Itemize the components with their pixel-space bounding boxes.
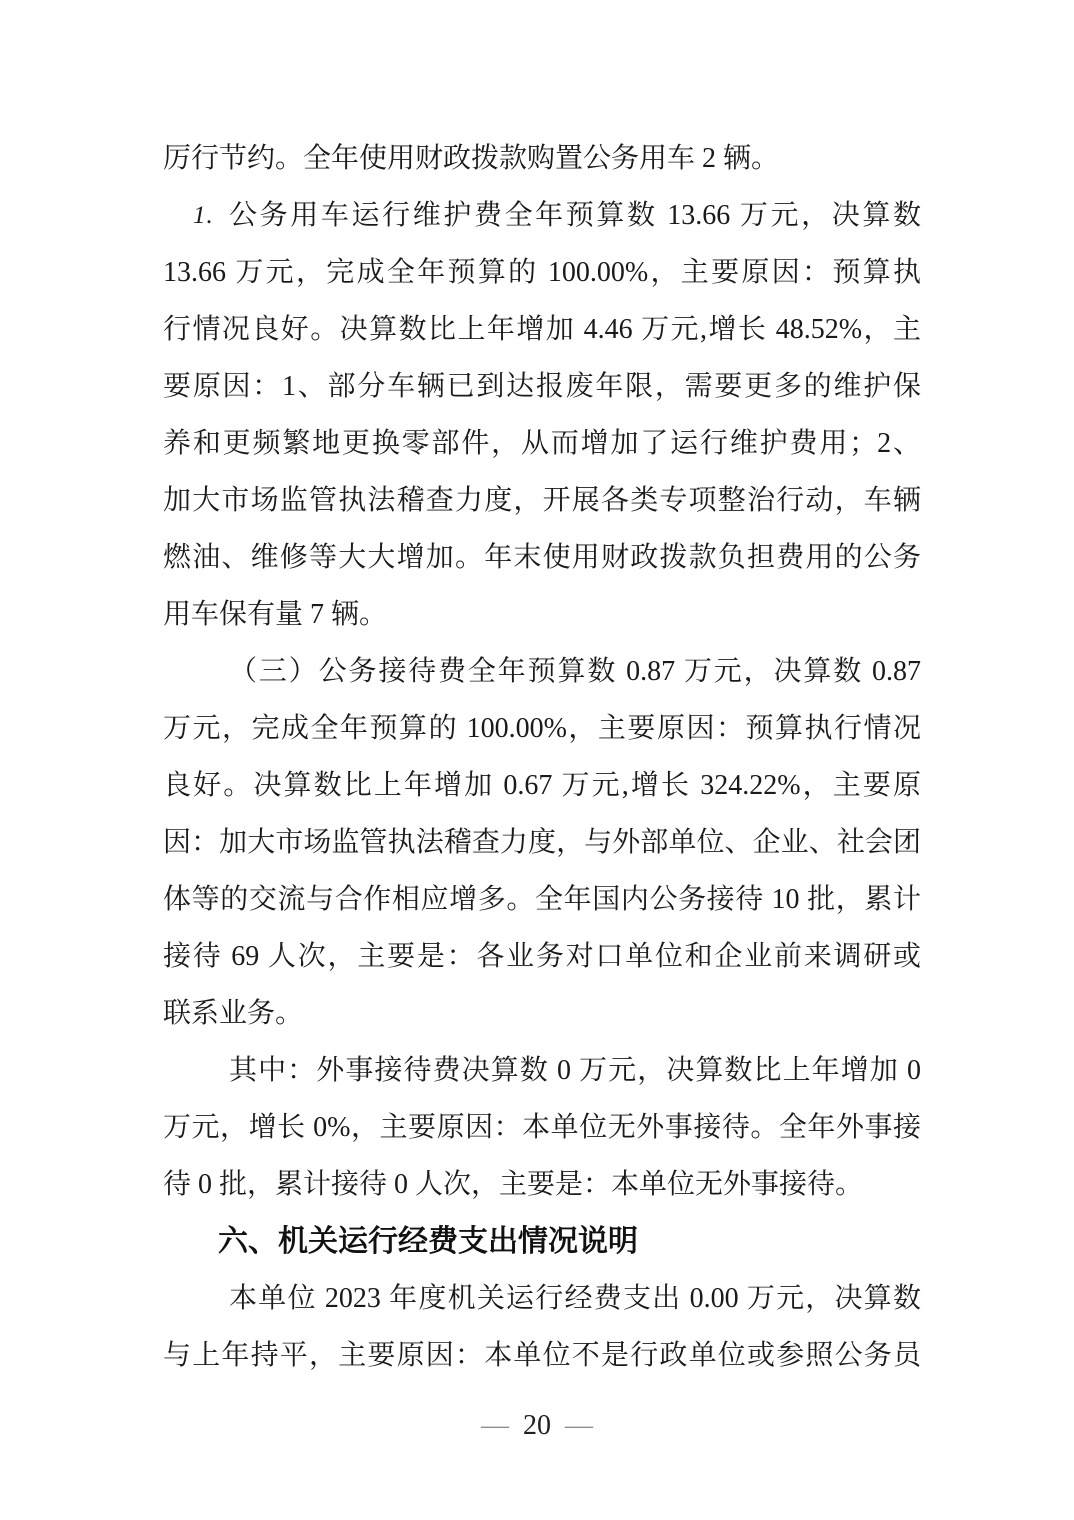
- footer-dash-left: —: [481, 1410, 509, 1441]
- text-line: 因：加大市场监管执法稽查力度，与外部单位、企业、社会团: [163, 814, 921, 871]
- text-line: （三）公务接待费全年预算数 0.87 万元，决算数 0.87: [163, 643, 921, 700]
- line-text: 公务用车运行维护费全年预算数 13.66 万元，决算数: [229, 200, 921, 231]
- text-line: 其中：外事接待费决算数 0 万元，决算数比上年增加 0: [163, 1042, 921, 1099]
- text-line: 与上年持平，主要原因：本单位不是行政单位或参照公务员: [163, 1327, 921, 1384]
- text-line: 养和更频繁地更换零部件，从而增加了运行维护费用；2、: [163, 415, 921, 472]
- list-item-number: 1.: [127, 187, 214, 244]
- page-number: 20: [523, 1410, 551, 1441]
- text-line: 要原因：1、部分车辆已到达报废年限，需要更多的维护保: [163, 358, 921, 415]
- text-line: 13.66 万元，完成全年预算的 100.00%，主要原因：预算执: [163, 244, 921, 301]
- text-line: 加大市场监管执法稽查力度，开展各类专项整治行动，车辆: [163, 472, 921, 529]
- text-line: 本单位 2023 年度机关运行经费支出 0.00 万元，决算数: [163, 1270, 921, 1327]
- text-line: 行情况良好。决算数比上年增加 4.46 万元,增长 48.52%，主: [163, 301, 921, 358]
- text-line: 联系业务。: [163, 985, 921, 1042]
- footer-dash-right: —: [565, 1410, 593, 1441]
- page-footer: —20—: [0, 1399, 1074, 1453]
- text-line: 待 0 批，累计接待 0 人次，主要是：本单位无外事接待。: [163, 1156, 921, 1213]
- text-line: 接待 69 人次，主要是：各业务对口单位和企业前来调研或: [163, 928, 921, 985]
- document-page: 厉行节约。全年使用财政拨款购置公务用车 2 辆。 1. 公务用车运行维护费全年预…: [0, 0, 1074, 1520]
- text-line: 万元，完成全年预算的 100.00%，主要原因：预算执行情况: [163, 700, 921, 757]
- text-line: 良好。决算数比上年增加 0.67 万元,增长 324.22%，主要原: [163, 757, 921, 814]
- section-heading: 六、机关运行经费支出情况说明: [163, 1213, 921, 1270]
- text-line: 燃油、维修等大大增加。年末使用财政拨款负担费用的公务: [163, 529, 921, 586]
- text-line: 体等的交流与合作相应增多。全年国内公务接待 10 批，累计: [163, 871, 921, 928]
- document-body: 厉行节约。全年使用财政拨款购置公务用车 2 辆。 1. 公务用车运行维护费全年预…: [163, 130, 921, 1384]
- text-line: 厉行节约。全年使用财政拨款购置公务用车 2 辆。: [163, 130, 921, 187]
- list-item-first-line: 1. 公务用车运行维护费全年预算数 13.66 万元，决算数: [163, 187, 921, 244]
- text-line: 用车保有量 7 辆。: [163, 586, 921, 643]
- text-line: 万元，增长 0%，主要原因：本单位无外事接待。全年外事接: [163, 1099, 921, 1156]
